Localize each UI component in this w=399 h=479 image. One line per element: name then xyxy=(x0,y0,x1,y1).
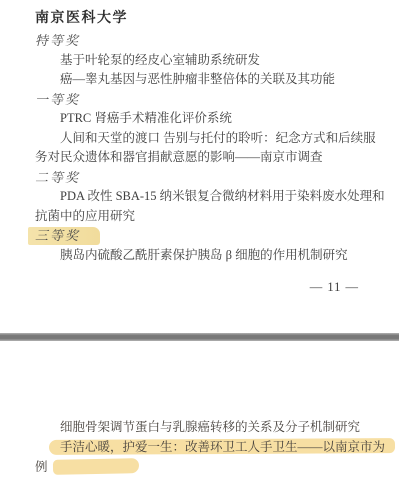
award-level-first: 一等奖 xyxy=(35,90,385,110)
award-entry: 人间和天堂的渡口 告别与托付的聆听：纪念方式和后续服务对民众遗体和器官捐献意愿的… xyxy=(35,129,385,168)
award-level-special: 特等奖 xyxy=(35,31,385,51)
page-2: 细胞骨架调节蛋白与乳腺癌转移的关系及分子机制研究 手洁心暖，护爱一生：改善环卫工… xyxy=(0,341,399,479)
award-level-second-label: 二等奖 xyxy=(35,170,80,185)
award-entry: PDA 改性 SBA-15 纳米银复合微纳材料用于染料废水处理和抗菌中的应用研究 xyxy=(35,187,385,226)
award-entry: 基于叶轮泵的经皮心室辅助系统研发 xyxy=(35,51,385,71)
university-header: 南京医科大学 xyxy=(35,6,385,28)
award-level-first-label: 一等奖 xyxy=(35,92,80,107)
page-number: — 11 — xyxy=(35,280,385,295)
award-level-third-label-highlighted: 三等奖 xyxy=(28,227,100,245)
award-entry: 细胞骨架调节蛋白与乳腺癌转移的关系及分子机制研究 xyxy=(35,417,385,437)
award-entry: 癌—睾丸基因与恶性肿瘤非整倍体的关联及其功能 xyxy=(35,70,385,90)
award-entry-highlighted: 手洁心暖，护爱一生：改善环卫工人手卫生——以南京市为例 xyxy=(35,437,385,477)
page-separator xyxy=(0,333,399,341)
award-entry: 胰岛内硫酸乙酰肝素保护胰岛 β 细胞的作用机制研究 xyxy=(35,246,385,266)
document-viewer: 南京医科大学 特等奖 基于叶轮泵的经皮心室辅助系统研发 癌—睾丸基因与恶性肿瘤非… xyxy=(0,0,399,479)
award-level-second: 二等奖 xyxy=(35,168,385,188)
award-entry: PTRC 肾癌手术精准化评价系统 xyxy=(35,109,385,129)
award-level-third: 三等奖 xyxy=(35,226,385,246)
highlighter-stroke xyxy=(53,458,139,475)
page-1: 南京医科大学 特等奖 基于叶轮泵的经皮心室辅助系统研发 癌—睾丸基因与恶性肿瘤非… xyxy=(0,0,399,333)
award-level-special-label: 特等奖 xyxy=(35,33,80,48)
